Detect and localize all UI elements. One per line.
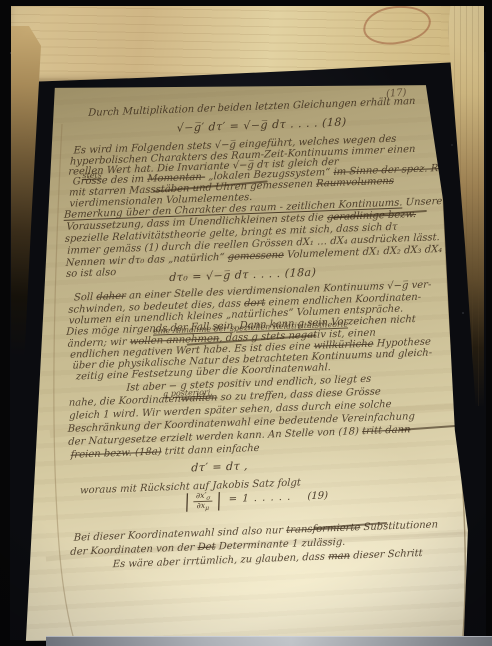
vignette-overlay [0,0,492,646]
photo-frame: (17) | ∂x′σ ∂xμ | = 1 . . . . . (19) Dur… [0,0,492,646]
